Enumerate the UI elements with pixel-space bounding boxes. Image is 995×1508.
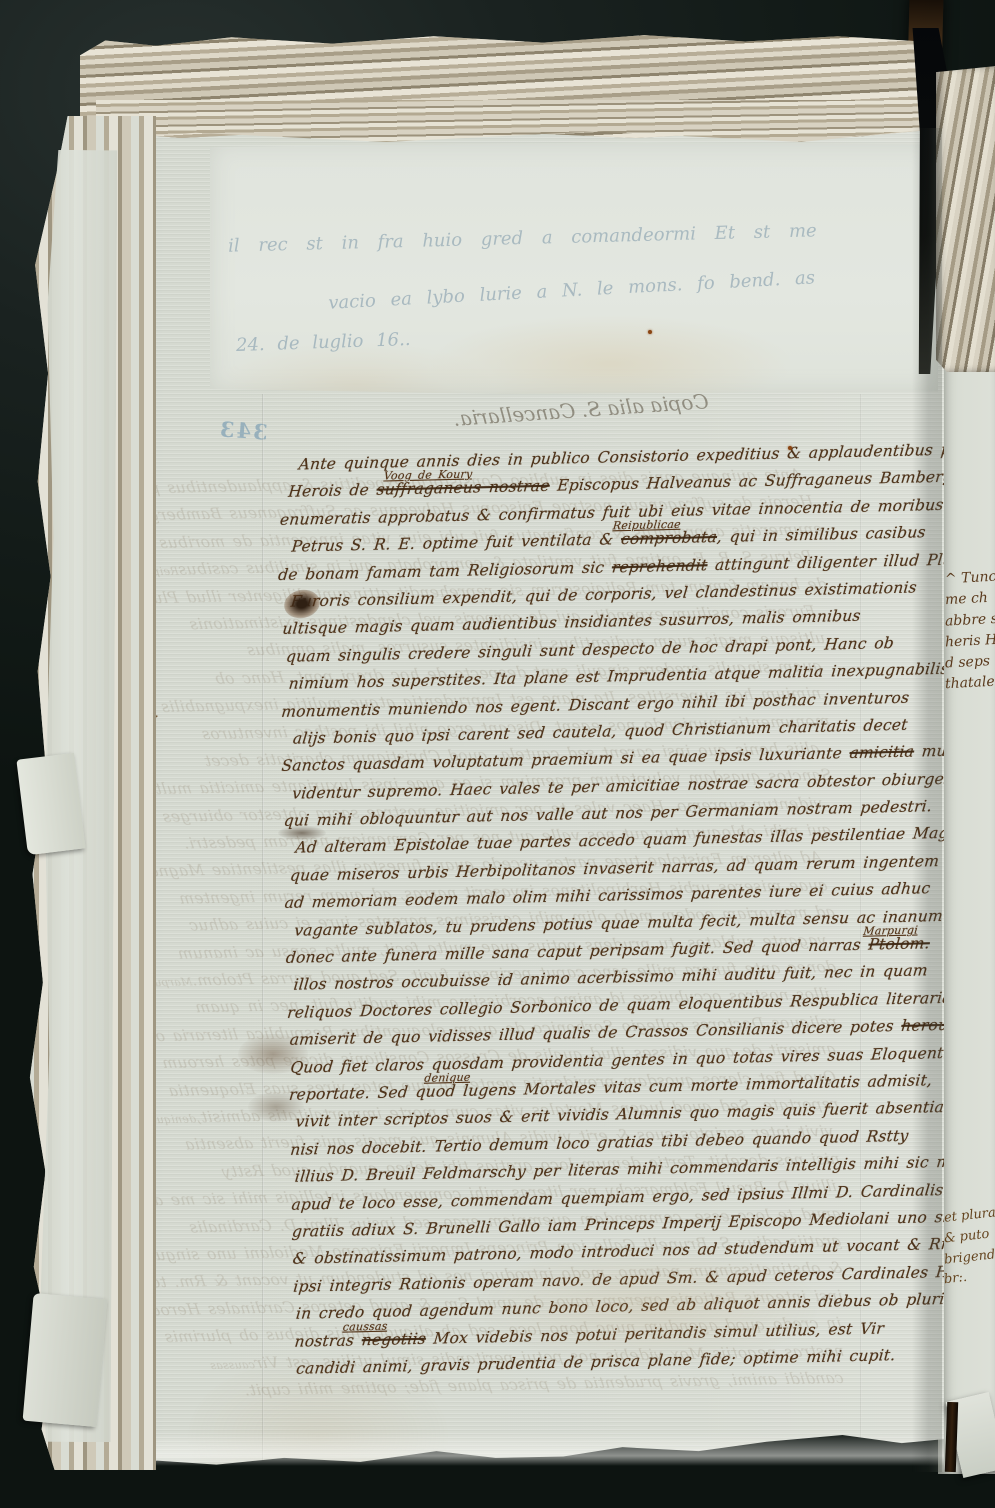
manuscript-photo: gill ^ Tuncme chabbre soheris Hrd seps u… [0, 0, 995, 1508]
interlinear-insertion: caussas [342, 1319, 388, 1333]
interlinear-insertion: denique [424, 1071, 471, 1085]
struck-word: amicitia [198, 778, 265, 797]
ink-smudge [278, 826, 326, 840]
ink-smudge [238, 1034, 308, 1074]
margin-note-line: abbre so [944, 608, 995, 632]
margin-note-line: br:. [943, 1268, 968, 1290]
struck-word: reprehendit [611, 556, 708, 576]
torn-paper-flap [23, 1293, 108, 1427]
interlinear-insertion: Marpurgi [863, 924, 919, 938]
ink-smudge [248, 1092, 304, 1122]
bleedthrough-header: Copia alia S. Cancellaria. [416, 387, 747, 434]
interlinear-insertion: Voog de Koury [383, 468, 473, 483]
margin-note-line: d seps u [944, 650, 995, 674]
interlinear-insertion: caussas [209, 1358, 256, 1372]
margin-note-line: ^ Tunc [944, 567, 995, 591]
manuscript-text-block: Ante quinque annis dies in publico Consi… [274, 441, 965, 1387]
faded-note-line: 24. de luglio 16.. [236, 329, 411, 356]
struck-word: Ptolom. [191, 970, 255, 989]
top-inset-sheet: il rec st in fra huio gred a comandeormi… [210, 142, 938, 394]
interlinear-insertion: Reipublicae [612, 518, 681, 533]
rust-speck [788, 446, 792, 450]
struck-word: amicitia [849, 743, 915, 763]
struck-word: heroum [161, 1053, 225, 1072]
margin-note-line: brigend [943, 1245, 995, 1270]
margin-note-line: me ch [944, 588, 988, 611]
manuscript-page: il rec st in fra huio gred a comandeormi… [98, 126, 944, 1470]
rust-speck [648, 330, 652, 334]
margin-note-line: thatale [944, 672, 995, 696]
torn-paper-flap [16, 753, 85, 855]
bleedthrough-page-number: 343 [217, 416, 268, 444]
gutter-shadow [912, 128, 942, 1472]
margin-note-line: heris Hr [944, 629, 995, 653]
faded-note-line: il rec st in fra huio gred a comandeormi… [228, 220, 817, 256]
page-edges-top-right [936, 66, 995, 372]
faded-note-line: vacio ea lybo lurie a N. le mons. fo ben… [328, 267, 816, 313]
